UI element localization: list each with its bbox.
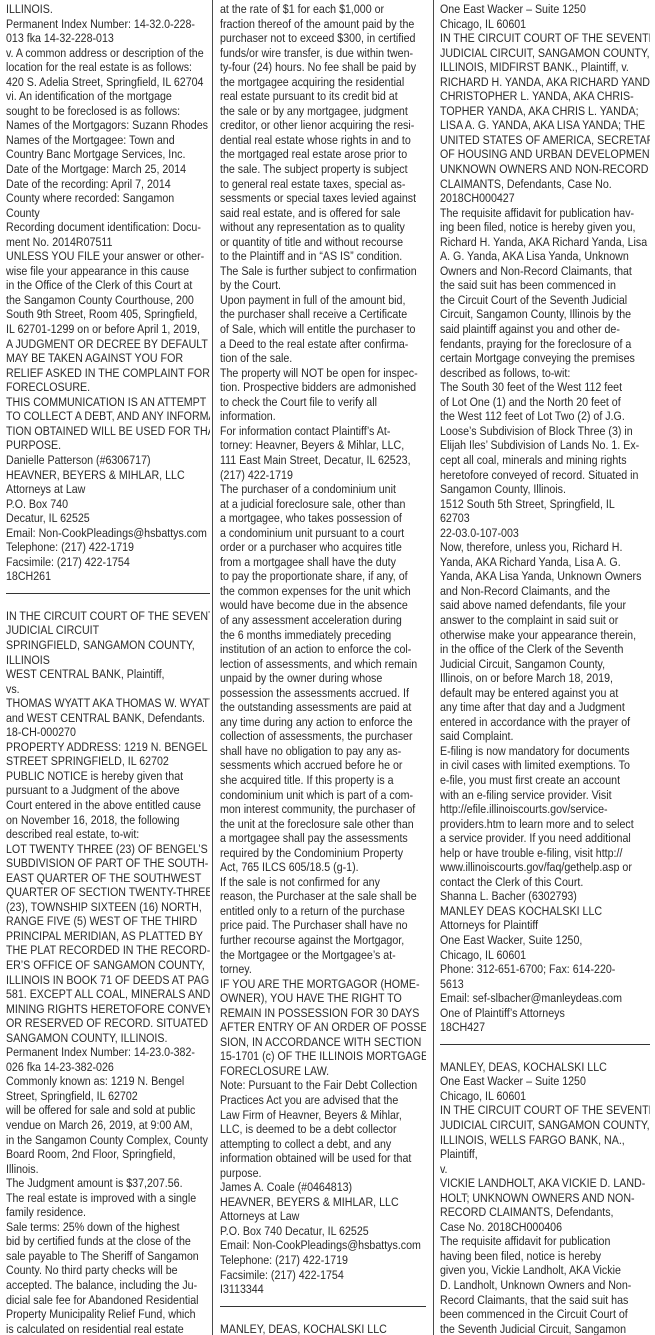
notice-text-line: RANGE FIVE (5) WEST OF THE THIRD bbox=[6, 914, 181, 929]
notice-text-line: fendants, praying for the foreclosure of… bbox=[440, 337, 621, 352]
notice-text-line: PUBLIC NOTICE is hereby given that bbox=[6, 769, 181, 784]
notice-text-line: AFTER ENTRY OF AN ORDER OF POSSES- bbox=[220, 1020, 397, 1035]
notice-text-line: Telephone: (217) 422-1719 bbox=[6, 540, 181, 555]
notice-text-line: vi. An identification of the mortgage bbox=[6, 89, 181, 104]
notice-text-line: information. bbox=[220, 409, 397, 424]
notice-text-line: TO COLLECT A DEBT, AND ANY INFORMA- bbox=[6, 409, 181, 424]
notice-text-line: said above named defendants, file your bbox=[440, 598, 621, 613]
notice-text-line: Date of the Mortgage: March 25, 2014 bbox=[6, 162, 181, 177]
notice-text-line: Chicago, IL 60601 bbox=[440, 1089, 621, 1104]
notice-text-line: the outstanding assessments are paid at bbox=[220, 700, 397, 715]
notice-text-line: THIS COMMUNICATION IS AN ATTEMPT bbox=[6, 395, 181, 410]
notice-text-line: REMAIN IN POSSESSION FOR 30 DAYS bbox=[220, 1006, 397, 1021]
notice-text-line: required by the Condominium Property bbox=[220, 846, 397, 861]
notice-text-line: the purchaser shall receive a Certificat… bbox=[220, 307, 397, 322]
notice-text-line: v. bbox=[440, 1162, 621, 1177]
notice-text-line: attempting to collect a debt, and any bbox=[220, 1137, 397, 1152]
notice-text-line: Decatur, IL 62525 bbox=[6, 511, 181, 526]
notice-text-line: the Sangamon County Courthouse, 200 bbox=[6, 293, 181, 308]
legal-notice: at the rate of $1 for each $1,000 orfrac… bbox=[220, 2, 426, 1297]
notice-text-line: IN THE CIRCUIT COURT OF THE SEVENTH bbox=[440, 1103, 621, 1118]
column-divider-1 bbox=[212, 0, 213, 1335]
notice-text-line: a mortgagee shall pay the assessments bbox=[220, 831, 397, 846]
notice-text-line: default may be entered against you at bbox=[440, 686, 621, 701]
notice-text-line: 1512 South 5th Street, Springfield, IL bbox=[440, 497, 621, 512]
notice-text-line: dicial sale fee for Abandoned Residentia… bbox=[6, 1293, 181, 1308]
notice-text-line: and WEST CENTRAL BANK, Defendants. bbox=[6, 711, 181, 726]
notice-separator bbox=[440, 1044, 650, 1045]
notice-text-line: location for the real estate is as follo… bbox=[6, 60, 181, 75]
notice-text-line: 581. EXCEPT ALL COAL, MINERALS AND bbox=[6, 987, 181, 1002]
notice-text-line: cept all coal, minerals and mining right… bbox=[440, 453, 621, 468]
column-divider-2 bbox=[433, 0, 434, 1335]
notice-text-line: ILLINOIS, MIDFIRST BANK., Plaintiff, v. bbox=[440, 60, 621, 75]
notice-text-line: real estate pursuant to its credit bid a… bbox=[220, 89, 397, 104]
notice-text-line: institution of an action to enforce the … bbox=[220, 642, 397, 657]
notice-text-line: The purchaser of a condominium unit bbox=[220, 482, 397, 497]
notice-text-line: MAY BE TAKEN AGAINST YOU FOR bbox=[6, 351, 181, 366]
notice-text-line: without any representation as to quality bbox=[220, 220, 397, 235]
notice-text-line: Court entered in the above entitled caus… bbox=[6, 798, 181, 813]
notice-text-line: collection of assessments, the purchaser bbox=[220, 729, 397, 744]
notice-text-line: CHRISTOPHER L. YANDA, AKA CHRIS- bbox=[440, 89, 621, 104]
notice-text-line: UNITED STATES OF AMERICA, SECRETARY bbox=[440, 133, 621, 148]
notice-text-line: For information contact Plaintiff’s At- bbox=[220, 424, 397, 439]
notice-text-line: ILLINOIS. bbox=[6, 2, 181, 17]
notice-text-line: Richard H. Yanda, AKA Richard Yanda, Lis… bbox=[440, 235, 621, 250]
notice-text-line: fraction thereof of the amount paid by t… bbox=[220, 17, 397, 32]
notice-text-line: ER’S OFFICE OF SANGAMON COUNTY, bbox=[6, 958, 181, 973]
notice-text-line: having been filed, notice is hereby bbox=[440, 1249, 621, 1264]
notice-text-line: Attorneys at Law bbox=[6, 482, 181, 497]
notice-text-line: UNLESS YOU FILE your answer or other- bbox=[6, 249, 181, 264]
notice-text-line: The property will NOT be open for inspec… bbox=[220, 366, 397, 381]
notice-text-line: torney: Heavner, Beyers & Mihlar, LLC, bbox=[220, 438, 397, 453]
legal-notice: ILLINOIS.Permanent Index Number: 14-32.0… bbox=[6, 2, 210, 584]
notice-text-line: the 6 months immediately preceding bbox=[220, 628, 397, 643]
notice-text-line: on November 16, 2018, the following bbox=[6, 813, 181, 828]
notice-text-line: The requisite affidavit for publication bbox=[440, 1234, 621, 1249]
notice-text-line: UNKNOWN OWNERS AND NON-RECORD bbox=[440, 162, 621, 177]
notice-text-line: will be offered for sale and sold at pub… bbox=[6, 1103, 181, 1118]
notice-text-line: would have become due in the absence bbox=[220, 598, 397, 613]
notice-text-line: HOLT; UNKNOWN OWNERS AND NON- bbox=[440, 1191, 621, 1206]
notice-text-line: the Circuit Court of the Seventh Judicia… bbox=[440, 293, 621, 308]
notice-text-line: Email: sef-slbacher@manleydeas.com bbox=[440, 991, 621, 1006]
notice-text-line: 111 East Main Street, Decatur, IL 62523, bbox=[220, 453, 397, 468]
notice-text-line: Property Municipality Relief Fund, which bbox=[6, 1307, 181, 1322]
notice-text-line: a condominium unit pursuant to a court bbox=[220, 526, 397, 541]
notice-text-line: v. A common address or description of th… bbox=[6, 46, 181, 61]
notice-text-line: Email: Non-CookPleadings@hsbattys.com bbox=[6, 526, 181, 541]
notice-text-line: the said suit has been commenced in bbox=[440, 278, 621, 293]
notice-text-line: Commonly known as: 1219 N. Bengel bbox=[6, 1074, 181, 1089]
notice-text-line: Illinois, on or before March 18, 2019, bbox=[440, 671, 621, 686]
notice-text-line: HEAVNER, BEYERS & MIHLAR, LLC bbox=[6, 468, 181, 483]
notice-text-line: P.O. Box 740 bbox=[6, 497, 181, 512]
notice-text-line: the Mortgagee or the Mortgagee’s at- bbox=[220, 948, 397, 963]
notice-text-line: Shanna L. Bacher (6302793) bbox=[440, 889, 621, 904]
notice-text-line: to the Plaintiff and in “AS IS” conditio… bbox=[220, 249, 397, 264]
notice-text-line: I3113344 bbox=[220, 1282, 397, 1297]
notice-text-line: otherwise make your appearance therein, bbox=[440, 628, 621, 643]
notice-text-line: Country Banc Mortgage Services, Inc. bbox=[6, 147, 181, 162]
notice-text-line: bid by certified funds at the close of t… bbox=[6, 1234, 181, 1249]
notice-text-line: and Non-Record Claimants, and the bbox=[440, 584, 621, 599]
notice-text-line: is calculated on residential real estate bbox=[6, 1322, 181, 1335]
notice-text-line: said Complaint. bbox=[440, 729, 621, 744]
notice-text-line: sale payable to The Sheriff of Sangamon bbox=[6, 1249, 181, 1264]
notice-text-line: lection of assessments, and which remain bbox=[220, 657, 397, 672]
notice-text-line: Attorneys at Law bbox=[220, 1209, 397, 1224]
notice-text-line: D. Landholt, Unknown Owners and Non- bbox=[440, 1278, 621, 1293]
notice-text-line: Now, therefore, unless you, Richard H. bbox=[440, 540, 621, 555]
notice-text-line: in civil cases with limited exemptions. … bbox=[440, 758, 621, 773]
notice-text-line: P.O. Box 740 Decatur, IL 62525 bbox=[220, 1224, 397, 1239]
legal-notice: One East Wacker – Suite 1250Chicago, IL … bbox=[440, 2, 650, 1035]
notice-text-line: MANLEY, DEAS, KOCHALSKI LLC bbox=[440, 1060, 621, 1075]
notice-text-line: the sale. The subject property is subjec… bbox=[220, 162, 397, 177]
notice-text-line: described as follows, to-wit: bbox=[440, 366, 621, 381]
notice-text-line: Note: Pursuant to the Fair Debt Collecti… bbox=[220, 1078, 397, 1093]
notice-text-line: vendue on March 26, 2019, at 9:00 AM, bbox=[6, 1118, 181, 1133]
notice-text-line: tion of the sale. bbox=[220, 351, 397, 366]
notice-text-line: Recording document identification: Docu- bbox=[6, 220, 181, 235]
notice-text-line: 22-03.0-107-003 bbox=[440, 526, 621, 541]
notice-text-line: accepted. The balance, including the Ju- bbox=[6, 1278, 181, 1293]
notice-text-line: pursuant to a Judgment of the above bbox=[6, 783, 181, 798]
notice-text-line: PROPERTY ADDRESS: 1219 N. BENGEL bbox=[6, 740, 181, 755]
notice-text-line: information obtained will be used for th… bbox=[220, 1151, 397, 1166]
notice-text-line: a Deed to the real estate after confirma… bbox=[220, 337, 397, 352]
notice-text-line: mon interest community, the purchaser of bbox=[220, 802, 397, 817]
notice-text-line: shall have no obligation to pay any as- bbox=[220, 744, 397, 759]
notice-text-line: SUBDIVISION OF PART OF THE SOUTH- bbox=[6, 856, 181, 871]
notice-text-line: Law Firm of Heavner, Beyers & Mihlar, bbox=[220, 1108, 397, 1123]
notice-text-line: price paid. The Purchaser shall have no bbox=[220, 918, 397, 933]
notice-text-line: answer to the complaint in said suit or bbox=[440, 613, 621, 628]
notice-text-line: Sangamon County, Illinois. bbox=[440, 482, 621, 497]
column-2: at the rate of $1 for each $1,000 orfrac… bbox=[220, 2, 426, 1335]
notice-text-line: 18CH427 bbox=[440, 1020, 621, 1035]
notice-text-line: LISA A. G. YANDA, AKA LISA YANDA; THE bbox=[440, 118, 621, 133]
notice-text-line: County where recorded: Sangamon bbox=[6, 191, 181, 206]
notice-text-line: 420 S. Adelia Street, Springfield, IL 62… bbox=[6, 75, 181, 90]
notice-text-line: contact the Clerk of this Court. bbox=[440, 875, 621, 890]
notice-text-line: of any assessment acceleration during bbox=[220, 613, 397, 628]
notice-text-line: James A. Coale (#0464813) bbox=[220, 1180, 397, 1195]
notice-text-line: ILLINOIS bbox=[6, 653, 181, 668]
notice-text-line: a mortgagee, who takes possession of bbox=[220, 511, 397, 526]
notice-text-line: purchaser not to exceed $300, in certifi… bbox=[220, 31, 397, 46]
notice-text-line: MANLEY, DEAS, KOCHALSKI LLC bbox=[220, 1322, 397, 1335]
notice-text-line: said real estate, and is offered for sal… bbox=[220, 206, 397, 221]
notice-text-line: ty-four (24) hours. No fee shall be paid… bbox=[220, 60, 397, 75]
notice-text-line: a service provider. If you need addition… bbox=[440, 831, 621, 846]
notice-text-line: 2018CH000427 bbox=[440, 191, 621, 206]
notice-text-line: by the Court. bbox=[220, 278, 397, 293]
notice-text-line: the Seventh Judicial Circuit, Sangamon bbox=[440, 1322, 621, 1335]
notice-text-line: Date of the recording: April 7, 2014 bbox=[6, 177, 181, 192]
notice-text-line: The South 30 feet of the West 112 feet bbox=[440, 380, 621, 395]
notice-text-line: http://efile.illinoiscourts.gov/service- bbox=[440, 802, 621, 817]
notice-text-line: reason, the Purchaser at the sale shall … bbox=[220, 889, 397, 904]
notice-text-line: any time after that day and a Judgment bbox=[440, 700, 621, 715]
notice-text-line: JUDICIAL CIRCUIT, SANGAMON COUNTY, bbox=[440, 46, 621, 61]
notice-text-line: Permanent Index Number: 14-23.0-382- bbox=[6, 1045, 181, 1060]
notice-text-line: VICKIE LANDHOLT, AKA VICKIE D. LAND- bbox=[440, 1176, 621, 1191]
notice-text-line: the sale or by any mortgagee, judgment bbox=[220, 104, 397, 119]
notice-text-line: SANGAMON COUNTY, ILLINOIS. bbox=[6, 1031, 181, 1046]
notice-text-line: County. No third party checks will be bbox=[6, 1263, 181, 1278]
notice-text-line: at the rate of $1 for each $1,000 or bbox=[220, 2, 397, 17]
notice-text-line: Names of the Mortgagee: Town and bbox=[6, 133, 181, 148]
column-1: ILLINOIS.Permanent Index Number: 14-32.0… bbox=[6, 2, 210, 1335]
notice-text-line: SPRINGFIELD, SANGAMON COUNTY, bbox=[6, 638, 181, 653]
notice-text-line: described real estate, to-wit: bbox=[6, 827, 181, 842]
notice-text-line: JUDICIAL CIRCUIT bbox=[6, 623, 181, 638]
legal-notice: MANLEY, DEAS, KOCHALSKI LLCOne East Wack… bbox=[440, 1060, 650, 1335]
notice-text-line: ILLINOIS, WELLS FARGO BANK, NA., bbox=[440, 1133, 621, 1148]
notice-text-line: at a judicial foreclosure sale, other th… bbox=[220, 497, 397, 512]
notice-text-line: IF YOU ARE THE MORTGAGOR (HOME- bbox=[220, 977, 397, 992]
notice-text-line: e-file, you must first create an account bbox=[440, 773, 621, 788]
notice-text-line: SION, IN ACCORDANCE WITH SECTION bbox=[220, 1035, 397, 1050]
notice-text-line: she acquired title. If this property is … bbox=[220, 773, 397, 788]
notice-text-line: Owners and Non-Record Claimants, that bbox=[440, 264, 621, 279]
notice-text-line: 62703 bbox=[440, 511, 621, 526]
notice-text-line: tion. Prospective bidders are admonished bbox=[220, 380, 397, 395]
notice-text-line: Permanent Index Number: 14-32.0-228- bbox=[6, 17, 181, 32]
notice-text-line: from a mortgagee shall have the duty bbox=[220, 555, 397, 570]
notice-text-line: Loose’s Subdivision of Block Three (3) i… bbox=[440, 424, 621, 439]
notice-text-line: The real estate is improved with a singl… bbox=[6, 1191, 181, 1206]
notice-text-line: Attorneys for Plaintiff bbox=[440, 918, 621, 933]
notice-text-line: One East Wacker – Suite 1250 bbox=[440, 1074, 621, 1089]
notice-text-line: condominium unit which is part of a com- bbox=[220, 788, 397, 803]
notice-text-line: or quantity of title and without recours… bbox=[220, 235, 397, 250]
notice-text-line: said plaintiff against you and other de- bbox=[440, 322, 621, 337]
notice-text-line: ILLINOIS IN BOOK 71 OF DEEDS AT PAGE bbox=[6, 973, 181, 988]
notice-text-line: MINING RIGHTS HERETOFORE CONVEYED bbox=[6, 1002, 181, 1017]
notice-text-line: to pay the proportionate share, if any, … bbox=[220, 569, 397, 584]
notice-text-line: Yanda, AKA Lisa Yanda, Unknown Owners bbox=[440, 569, 621, 584]
notice-text-line: JUDICIAL CIRCUIT, SANGAMON COUNTY, bbox=[440, 1118, 621, 1133]
notice-text-line: If the sale is not confirmed for any bbox=[220, 875, 397, 890]
notice-text-line: IN THE CIRCUIT COURT OF THE SEVENTH bbox=[440, 31, 621, 46]
notice-text-line: ment No. 2014R07511 bbox=[6, 235, 181, 250]
notice-text-line: OR RESERVED OF RECORD. SITUATED IN bbox=[6, 1016, 181, 1031]
notice-text-line: Upon payment in full of the amount bid, bbox=[220, 293, 397, 308]
notice-text-line: LOT TWENTY THREE (23) OF BENGEL’S bbox=[6, 842, 181, 857]
notice-text-line: IL 62701-1299 on or before April 1, 2019… bbox=[6, 322, 181, 337]
notice-text-line: the mortgaged real estate arose prior to bbox=[220, 147, 397, 162]
notice-text-line: given you, Vickie Landholt, AKA Vickie bbox=[440, 1263, 621, 1278]
notice-text-line: help or have trouble e-filing, visit htt… bbox=[440, 846, 621, 861]
notice-text-line: County bbox=[6, 206, 181, 221]
notice-text-line: the West 112 feet of Lot Two (2) of J.G. bbox=[440, 409, 621, 424]
notice-text-line: dential real estate whose rights in and … bbox=[220, 133, 397, 148]
notice-text-line: PURPOSE. bbox=[6, 438, 181, 453]
notice-text-line: (217) 422-1719 bbox=[220, 468, 397, 483]
notice-text-line: Chicago, IL 60601 bbox=[440, 948, 621, 963]
notice-text-line: to check the Court file to verify all bbox=[220, 395, 397, 410]
notice-text-line: Chicago, IL 60601 bbox=[440, 17, 621, 32]
notice-text-line: purpose. bbox=[220, 1166, 397, 1181]
notice-text-line: 18-CH-000270 bbox=[6, 725, 181, 740]
notice-text-line: (23), TOWNSHIP SIXTEEN (16) NORTH, bbox=[6, 900, 181, 915]
notice-text-line: TION OBTAINED WILL BE USED FOR THAT bbox=[6, 424, 181, 439]
notice-text-line: 026 fka 14-23-382-026 bbox=[6, 1060, 181, 1075]
notice-text-line: Act, 765 ILCS 605/18.5 (g-1). bbox=[220, 860, 397, 875]
notice-text-line: TOPHER YANDA, AKA CHRIS L. YANDA; bbox=[440, 104, 621, 119]
notice-text-line: South 9th Street, Room 405, Springfield, bbox=[6, 307, 181, 322]
notice-text-line: unpaid by the owner during whose bbox=[220, 671, 397, 686]
notice-text-line: A JUDGMENT OR DECREE BY DEFAULT bbox=[6, 337, 181, 352]
notice-text-line: QUARTER OF SECTION TWENTY-THREE bbox=[6, 885, 181, 900]
notice-text-line: A. G. Yanda, AKA Lisa Yanda, Unknown bbox=[440, 249, 621, 264]
notice-text-line: PRINCIPAL MERIDIAN, AS PLATTED BY bbox=[6, 929, 181, 944]
notice-text-line: One of Plaintiff’s Attorneys bbox=[440, 1006, 621, 1021]
notice-text-line: www.illinoiscourts.gov/faq/gethelp.asp o… bbox=[440, 860, 621, 875]
notice-text-line: of Sale, which will entitle the purchase… bbox=[220, 322, 397, 337]
notice-text-line: been commenced in the Circuit Court of bbox=[440, 1307, 621, 1322]
notice-text-line: Names of the Mortgagors: Suzann Rhodes bbox=[6, 118, 181, 133]
notice-text-line: Elijah Iles’ Subdivision of Lands No. 1.… bbox=[440, 438, 621, 453]
notice-text-line: providers.htm to learn more and to selec… bbox=[440, 817, 621, 832]
notice-text-line: certain Mortgage conveying the premises bbox=[440, 351, 621, 366]
notice-text-line: CLAIMANTS, Defendants, Case No. bbox=[440, 177, 621, 192]
notice-text-line: 18CH261 bbox=[6, 569, 181, 584]
notice-text-line: RICHARD H. YANDA, AKA RICHARD YANDA; bbox=[440, 75, 621, 90]
notice-text-line: EAST QUARTER OF THE SOUTHWEST bbox=[6, 871, 181, 886]
notice-text-line: creditor, or other lienor acquiring the … bbox=[220, 118, 397, 133]
notice-text-line: the unit at the foreclosure sale other t… bbox=[220, 817, 397, 832]
notice-text-line: ing been filed, notice is hereby given y… bbox=[440, 220, 621, 235]
notice-text-line: RELIEF ASKED IN THE COMPLAINT FOR bbox=[6, 366, 181, 381]
notice-text-line: THE PLAT RECORDED IN THE RECORD- bbox=[6, 943, 181, 958]
notice-text-line: sought to be foreclosed is as follows: bbox=[6, 104, 181, 119]
notice-text-line: 013 fka 14-32-228-013 bbox=[6, 31, 181, 46]
notice-text-line: Sale terms: 25% down of the highest bbox=[6, 1220, 181, 1235]
notice-text-line: LLC, is deemed to be a debt collector bbox=[220, 1122, 397, 1137]
notice-text-line: OWNER), YOU HAVE THE RIGHT TO bbox=[220, 991, 397, 1006]
notice-text-line: Facsimile: (217) 422-1754 bbox=[6, 555, 181, 570]
notice-text-line: WEST CENTRAL BANK, Plaintiff, bbox=[6, 667, 181, 682]
notice-text-line: Facsimile: (217) 422-1754 bbox=[220, 1268, 397, 1283]
notice-text-line: Street, Springfield, IL 62702 bbox=[6, 1089, 181, 1104]
notice-text-line: Phone: 312-651-6700; Fax: 614-220- bbox=[440, 962, 621, 977]
notice-text-line: Board Room, 2nd Floor, Springfield, bbox=[6, 1147, 181, 1162]
notice-text-line: 15-1701 (c) OF THE ILLINOIS MORTGAGE bbox=[220, 1049, 397, 1064]
notice-text-line: to general real estate taxes, special as… bbox=[220, 177, 397, 192]
notice-text-line: with an e-filing service provider. Visit bbox=[440, 788, 621, 803]
notice-text-line: entitled only to a return of the purchas… bbox=[220, 904, 397, 919]
notice-text-line: STREET SPRINGFIELD, IL 62702 bbox=[6, 754, 181, 769]
notice-text-line: heretofore conveyed of record. Situated … bbox=[440, 468, 621, 483]
notice-text-line: Plaintiff, bbox=[440, 1147, 621, 1162]
notice-text-line: in the Sangamon County Complex, County bbox=[6, 1133, 181, 1148]
notice-text-line: Judicial Circuit, Sangamon County, bbox=[440, 657, 621, 672]
notice-text-line: One East Wacker – Suite 1250 bbox=[440, 2, 621, 17]
column-3: One East Wacker – Suite 1250Chicago, IL … bbox=[440, 2, 650, 1335]
notice-text-line: of Lot One (1) and the North 20 feet of bbox=[440, 395, 621, 410]
notice-text-line: entered in accordance with the prayer of bbox=[440, 715, 621, 730]
notice-text-line: OF HOUSING AND URBAN DEVELOPMENT; bbox=[440, 147, 621, 162]
notice-text-line: any time during any action to enforce th… bbox=[220, 715, 397, 730]
notice-text-line: RECORD CLAIMANTS, Defendants, bbox=[440, 1205, 621, 1220]
notice-text-line: order or a purchaser who acquires title bbox=[220, 540, 397, 555]
notice-text-line: in the office of the Clerk of the Sevent… bbox=[440, 642, 621, 657]
notice-text-line: torney. bbox=[220, 962, 397, 977]
notice-text-line: vs. bbox=[6, 682, 181, 697]
notice-text-line: Illinois. bbox=[6, 1162, 181, 1177]
notice-text-line: Telephone: (217) 422-1719 bbox=[220, 1253, 397, 1268]
notice-text-line: The Sale is further subject to confirmat… bbox=[220, 264, 397, 279]
notice-text-line: the common expenses for the unit which bbox=[220, 584, 397, 599]
notice-text-line: E-filing is now mandatory for documents bbox=[440, 744, 621, 759]
notice-text-line: funds/or wire transfer, is due within tw… bbox=[220, 46, 397, 61]
notice-text-line: further recourse against the Mortgagor, bbox=[220, 933, 397, 948]
notice-text-line: wise file your appearance in this cause bbox=[6, 264, 181, 279]
notice-text-line: IN THE CIRCUIT COURT OF THE SEVENTH bbox=[6, 609, 181, 624]
notice-text-line: Case No. 2018CH000406 bbox=[440, 1220, 621, 1235]
notice-separator bbox=[220, 1306, 426, 1307]
notice-text-line: Email: Non-CookPleadings@hsbattys.com bbox=[220, 1238, 397, 1253]
notice-text-line: possession the assessments accrued. If bbox=[220, 686, 397, 701]
notice-text-line: Yanda, AKA Richard Yanda, Lisa A. G. bbox=[440, 555, 621, 570]
notice-text-line: The Judgment amount is $37,207.56. bbox=[6, 1176, 181, 1191]
notice-separator bbox=[6, 593, 210, 594]
notice-text-line: Circuit, Sangamon County, Illinois by th… bbox=[440, 307, 621, 322]
notice-text-line: the mortgagee acquiring the residential bbox=[220, 75, 397, 90]
notice-text-line: Practices Act you are advised that the bbox=[220, 1093, 397, 1108]
notice-text-line: family residence. bbox=[6, 1205, 181, 1220]
notice-text-line: THOMAS WYATT AKA THOMAS W. WYATT bbox=[6, 696, 181, 711]
notice-text-line: FORECLOSURE LAW. bbox=[220, 1064, 397, 1079]
notice-text-line: Danielle Patterson (#6306717) bbox=[6, 453, 181, 468]
notice-text-line: HEAVNER, BEYERS & MIHLAR, LLC bbox=[220, 1195, 397, 1210]
notice-text-line: Record Claimants, that the said suit has bbox=[440, 1293, 621, 1308]
legal-notice: MANLEY, DEAS, KOCHALSKI LLC bbox=[220, 1322, 426, 1335]
notice-text-line: sessments which accrued before he or bbox=[220, 758, 397, 773]
notice-text-line: sessments or special taxes levied agains… bbox=[220, 191, 397, 206]
notice-text-line: 5613 bbox=[440, 977, 621, 992]
notice-text-line: The requisite affidavit for publication … bbox=[440, 206, 621, 221]
notice-text-line: MANLEY DEAS KOCHALSKI LLC bbox=[440, 904, 621, 919]
notice-text-line: FORECLOSURE. bbox=[6, 380, 181, 395]
legal-notice: IN THE CIRCUIT COURT OF THE SEVENTHJUDIC… bbox=[6, 609, 210, 1335]
notice-text-line: One East Wacker, Suite 1250, bbox=[440, 933, 621, 948]
notice-text-line: in the Office of the Clerk of this Court… bbox=[6, 278, 181, 293]
